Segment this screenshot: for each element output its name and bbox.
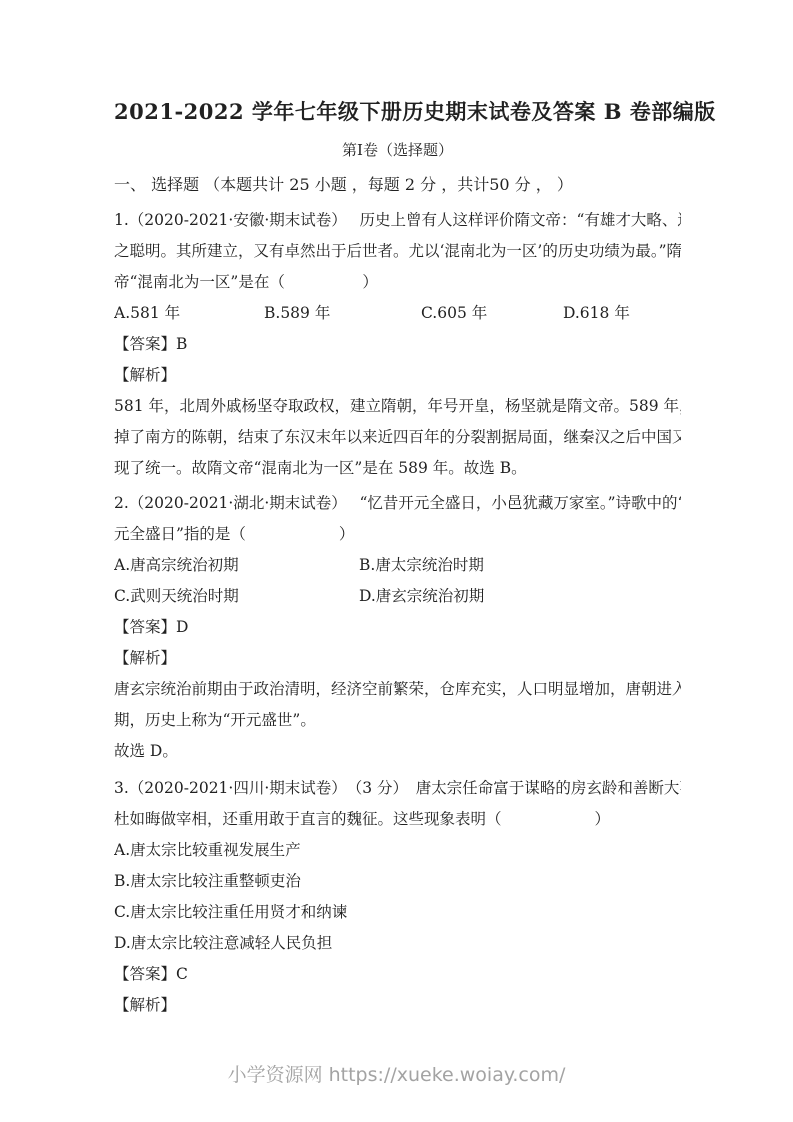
analysis-line: 581 年，北周外戚杨坚夺取政权，建立隋朝，年号开皇，杨坚就是隋文帝。589 年… (114, 391, 681, 422)
option-a: A.唐太宗比较重视发展生产 (114, 835, 681, 866)
option-d: D.618 年 (563, 298, 681, 329)
question-block-3: 3.（2020-2021·四川·期末试卷） （3 分） 唐太宗任命富于谋略的房玄… (114, 773, 681, 1021)
analysis-heading: 【解析】 (114, 990, 681, 1021)
question-stem-line: 帝“混南北为一区”是在（ ） (114, 267, 681, 298)
options-grid: A.唐高宗统治初期 B.唐太宗统治时期 C.武则天统治时期 D.唐玄宗统治初期 (114, 550, 681, 612)
answer-line: 【答案】C (114, 959, 681, 990)
page-title: 2021-2022 学年七年级下册历史期末试卷及答案 B 卷部编版 (114, 97, 681, 126)
analysis-line: 掉了南方的陈朝，结束了东汉末年以来近四百年的分裂割据局面，继秦汉之后中国又一次实 (114, 422, 681, 453)
answer-line: 【答案】D (114, 612, 681, 643)
option-a: A.唐高宗统治初期 (114, 550, 359, 581)
analysis-line: 现了统一。故隋文帝“混南北为一区”是在 589 年。故选 B。 (114, 453, 681, 484)
question-stem-line: 之聪明。其所建立，又有卓然出于后世者。尤以‘混南北为一区’的历史功绩为最。”隋文 (114, 236, 681, 267)
question-stem-line: 1.（2020-2021·安徽·期末试卷） 历史上曾有人这样评价隋文帝：“有雄才… (114, 205, 681, 236)
option-d: D.唐玄宗统治初期 (359, 581, 681, 612)
question-block-2: 2.（2020-2021·湖北·期末试卷） “忆昔开元全盛日，小邑犹藏万家室。”… (114, 488, 681, 767)
volume-subtitle: 第Ⅰ卷（选择题） (114, 139, 681, 161)
options-row: A.581 年 B.589 年 C.605 年 D.618 年 (114, 298, 681, 329)
analysis-heading: 【解析】 (114, 643, 681, 674)
option-c: C.武则天统治时期 (114, 581, 359, 612)
question-stem-line: 2.（2020-2021·湖北·期末试卷） “忆昔开元全盛日，小邑犹藏万家室。”… (114, 488, 681, 519)
option-c: C.605 年 (421, 298, 563, 329)
analysis-line: 期，历史上称为“开元盛世”。 (114, 705, 681, 736)
option-b: B.唐太宗统治时期 (359, 550, 681, 581)
footer-watermark: 小学资源网 https://xueke.woiay.com/ (0, 1062, 793, 1088)
analysis-heading: 【解析】 (114, 360, 681, 391)
option-b: B.唐太宗比较注重整顿吏治 (114, 866, 681, 897)
question-stem-line: 元全盛日”指的是（ ） (114, 519, 681, 550)
document-page: 2021-2022 学年七年级下册历史期末试卷及答案 B 卷部编版 第Ⅰ卷（选择… (0, 0, 793, 1122)
section-heading: 一、 选择题 （本题共计 25 小题 ，每题 2 分 ，共计50 分 ， ） (114, 174, 681, 196)
document-body: 2021-2022 学年七年级下册历史期末试卷及答案 B 卷部编版 第Ⅰ卷（选择… (114, 0, 681, 1021)
option-a: A.581 年 (114, 298, 264, 329)
analysis-line: 故选 D。 (114, 736, 681, 767)
question-block-1: 1.（2020-2021·安徽·期末试卷） 历史上曾有人这样评价隋文帝：“有雄才… (114, 205, 681, 484)
questions-content: 1.（2020-2021·安徽·期末试卷） 历史上曾有人这样评价隋文帝：“有雄才… (114, 205, 681, 1021)
option-c: C.唐太宗比较注重任用贤才和纳谏 (114, 897, 681, 928)
analysis-line: 唐玄宗统治前期由于政治清明，经济空前繁荣，仓库充实，人口明显增加，唐朝进入全盛时 (114, 674, 681, 705)
option-d: D.唐太宗比较注意减轻人民负担 (114, 928, 681, 959)
option-b: B.589 年 (264, 298, 421, 329)
question-stem-line: 3.（2020-2021·四川·期末试卷） （3 分） 唐太宗任命富于谋略的房玄… (114, 773, 681, 804)
answer-line: 【答案】B (114, 329, 681, 360)
question-stem-line: 杜如晦做宰相，还重用敢于直言的魏征。这些现象表明（ ） (114, 804, 681, 835)
